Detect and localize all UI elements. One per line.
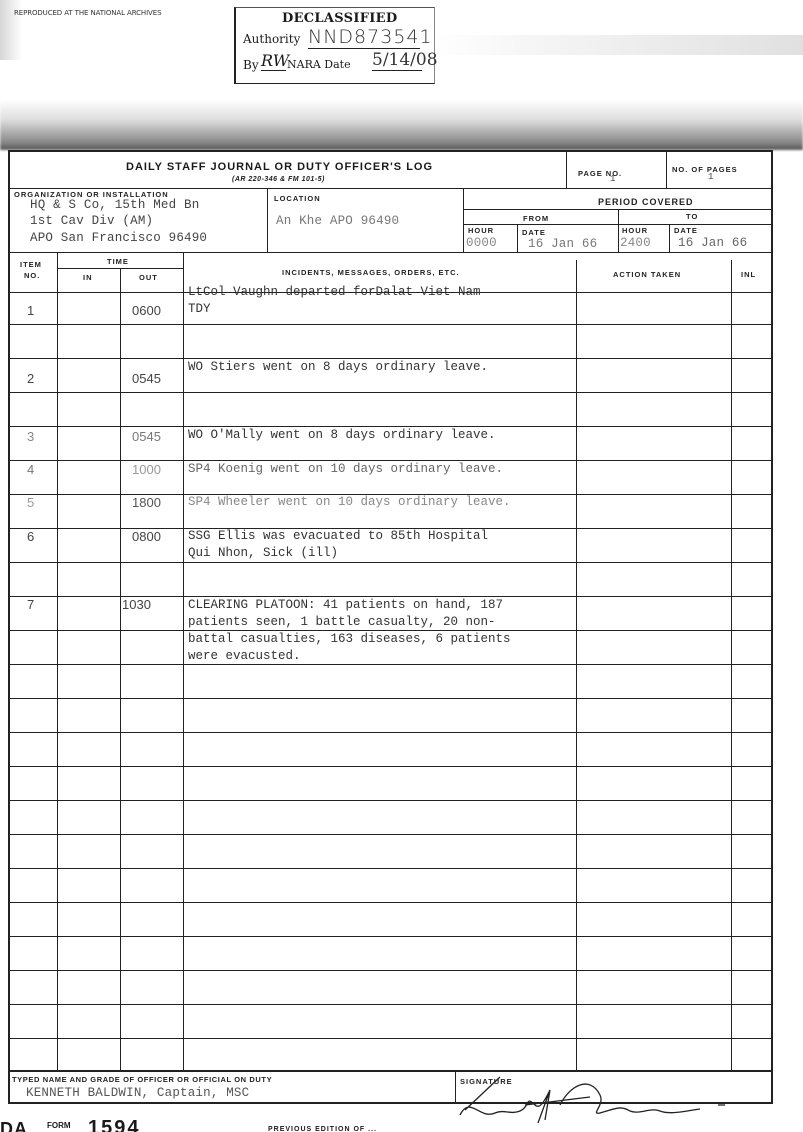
- scan-shadow-top: [430, 35, 803, 55]
- organization-line-2: 1st Cav Div (AM): [30, 214, 153, 228]
- row-line: [10, 1004, 771, 1005]
- entry-3-out: 0545: [132, 429, 161, 444]
- divider: [517, 224, 518, 252]
- entry-1-item: 1: [27, 303, 34, 318]
- stamp-authority-label: Authority: [243, 32, 300, 46]
- time-header: TIME: [107, 257, 129, 266]
- column-divider: [731, 260, 732, 1070]
- incidents-header: INCIDENTS, MESSAGES, ORDERS, ETC.: [282, 268, 460, 277]
- entry-6-item: 6: [27, 529, 34, 544]
- row-line: [10, 868, 771, 869]
- divider: [566, 152, 567, 188]
- journal-form: DAILY STAFF JOURNAL OR DUTY OFFICER'S LO…: [8, 150, 773, 1104]
- to-hour-value: 2400: [620, 236, 651, 250]
- from-hour-label: HOUR: [468, 226, 494, 235]
- divider: [267, 188, 268, 252]
- entry-7-out: 1030: [122, 597, 151, 612]
- divider: [10, 252, 771, 253]
- period-covered-label: PERIOD COVERED: [598, 197, 694, 207]
- scan-fold-shadow: [0, 100, 803, 150]
- inl-header: INL: [741, 270, 756, 279]
- in-header: IN: [83, 273, 93, 282]
- to-label: TO: [686, 212, 698, 221]
- signature-scrawl: [450, 1065, 740, 1125]
- form-label: FORM: [47, 1121, 71, 1130]
- declassified-stamp: DECLASSIFIED Authority NND873541 By RW N…: [234, 7, 435, 84]
- typed-name-label: TYPED NAME AND GRADE OF OFFICER OR OFFIC…: [12, 1075, 272, 1084]
- entry-3-item: 3: [27, 429, 34, 444]
- to-hour-label: HOUR: [622, 226, 648, 235]
- row-line: [10, 936, 771, 937]
- row-line: [10, 1038, 771, 1039]
- item-header-line-2: NO.: [24, 271, 40, 280]
- stamp-authority-value: NND873541: [308, 26, 420, 49]
- entry-2-out: 0545: [132, 371, 161, 386]
- to-date-value: 16 Jan 66: [678, 236, 747, 250]
- entry-6-out: 0800: [132, 529, 161, 544]
- organization-line-1: HQ & S Co, 15th Med Bn: [30, 198, 199, 212]
- row-line: [10, 970, 771, 971]
- entry-5-out: 1800: [132, 495, 161, 510]
- row-line: [10, 766, 771, 767]
- row-line: [10, 698, 771, 699]
- stamp-title: DECLASSIFIED: [282, 11, 397, 26]
- form-subtitle: (AR 220-346 & FM 101-5): [232, 176, 325, 183]
- entry-1-text: LtCol Vaughn departed forDalat Viet Nam …: [188, 284, 481, 318]
- stamp-by-label: By: [243, 58, 259, 72]
- from-date-value: 16 Jan 66: [528, 237, 597, 251]
- organization-line-3: APO San Francisco 96490: [30, 231, 207, 245]
- row-line: [10, 800, 771, 801]
- no-of-pages-value: 1: [708, 172, 714, 182]
- divider: [10, 188, 771, 189]
- entry-6-text: SSG Ellis was evacuated to 85th Hospital…: [188, 528, 488, 562]
- divider: [463, 188, 464, 252]
- entry-2-item: 2: [27, 371, 34, 386]
- entry-1-out: 0600: [132, 303, 161, 318]
- row-line: [10, 732, 771, 733]
- action-taken-header: ACTION TAKEN: [613, 270, 681, 279]
- divider: [463, 209, 771, 210]
- from-date-label: DATE: [522, 228, 546, 237]
- location-label: LOCATION: [274, 194, 321, 203]
- divider: [618, 209, 619, 252]
- previous-edition-note: PREVIOUS EDITION OF ...: [268, 1126, 377, 1132]
- item-header-line-1: ITEM: [20, 260, 42, 269]
- divider: [463, 224, 771, 225]
- row-line: [10, 562, 771, 563]
- column-divider: [120, 268, 121, 1070]
- entry-5-text: SP4 Wheeler went on 10 days ordinary lea…: [188, 494, 511, 511]
- row-line: [10, 834, 771, 835]
- entry-4-item: 4: [27, 462, 34, 477]
- entry-3-text: WO O'Mally went on 8 days ordinary leave…: [188, 427, 496, 444]
- archive-note: REPRODUCED AT THE NATIONAL ARCHIVES: [14, 9, 161, 17]
- out-header: OUT: [139, 273, 158, 282]
- divider: [669, 224, 670, 252]
- entry-7-text: CLEARING PLATOON: 41 patients on hand, 1…: [188, 597, 511, 665]
- to-date-label: DATE: [674, 226, 698, 235]
- form-title: DAILY STAFF JOURNAL OR DUTY OFFICER'S LO…: [126, 161, 433, 173]
- stamp-nara-date-label: NARA Date: [287, 58, 351, 71]
- divider: [666, 152, 667, 188]
- location-value: An Khe APO 96490: [276, 214, 399, 228]
- column-divider: [57, 252, 58, 1070]
- entry-4-out: 1000: [132, 462, 161, 477]
- stamp-date-value: 5/14/08: [372, 50, 422, 71]
- stamp-by-value: RW: [261, 51, 286, 71]
- form-prefix: DA: [0, 1119, 28, 1132]
- from-label: FROM: [523, 214, 549, 223]
- page-no-value: 1: [610, 174, 616, 184]
- row-line: [10, 324, 771, 325]
- no-of-pages-label: NO. OF PAGES: [672, 165, 738, 174]
- row-line: [10, 902, 771, 903]
- from-hour-value: 0000: [466, 236, 497, 250]
- entry-2-text: WO Stiers went on 8 days ordinary leave.: [188, 359, 488, 376]
- column-divider: [183, 252, 184, 1070]
- entry-5-item: 5: [27, 495, 34, 510]
- form-number: 1594: [88, 1117, 141, 1132]
- entry-4-text: SP4 Koenig went on 10 days ordinary leav…: [188, 461, 503, 478]
- column-divider: [576, 260, 577, 1070]
- entry-7-item: 7: [27, 597, 34, 612]
- typed-name-value: KENNETH BALDWIN, Captain, MSC: [26, 1086, 249, 1100]
- row-line: [10, 392, 771, 393]
